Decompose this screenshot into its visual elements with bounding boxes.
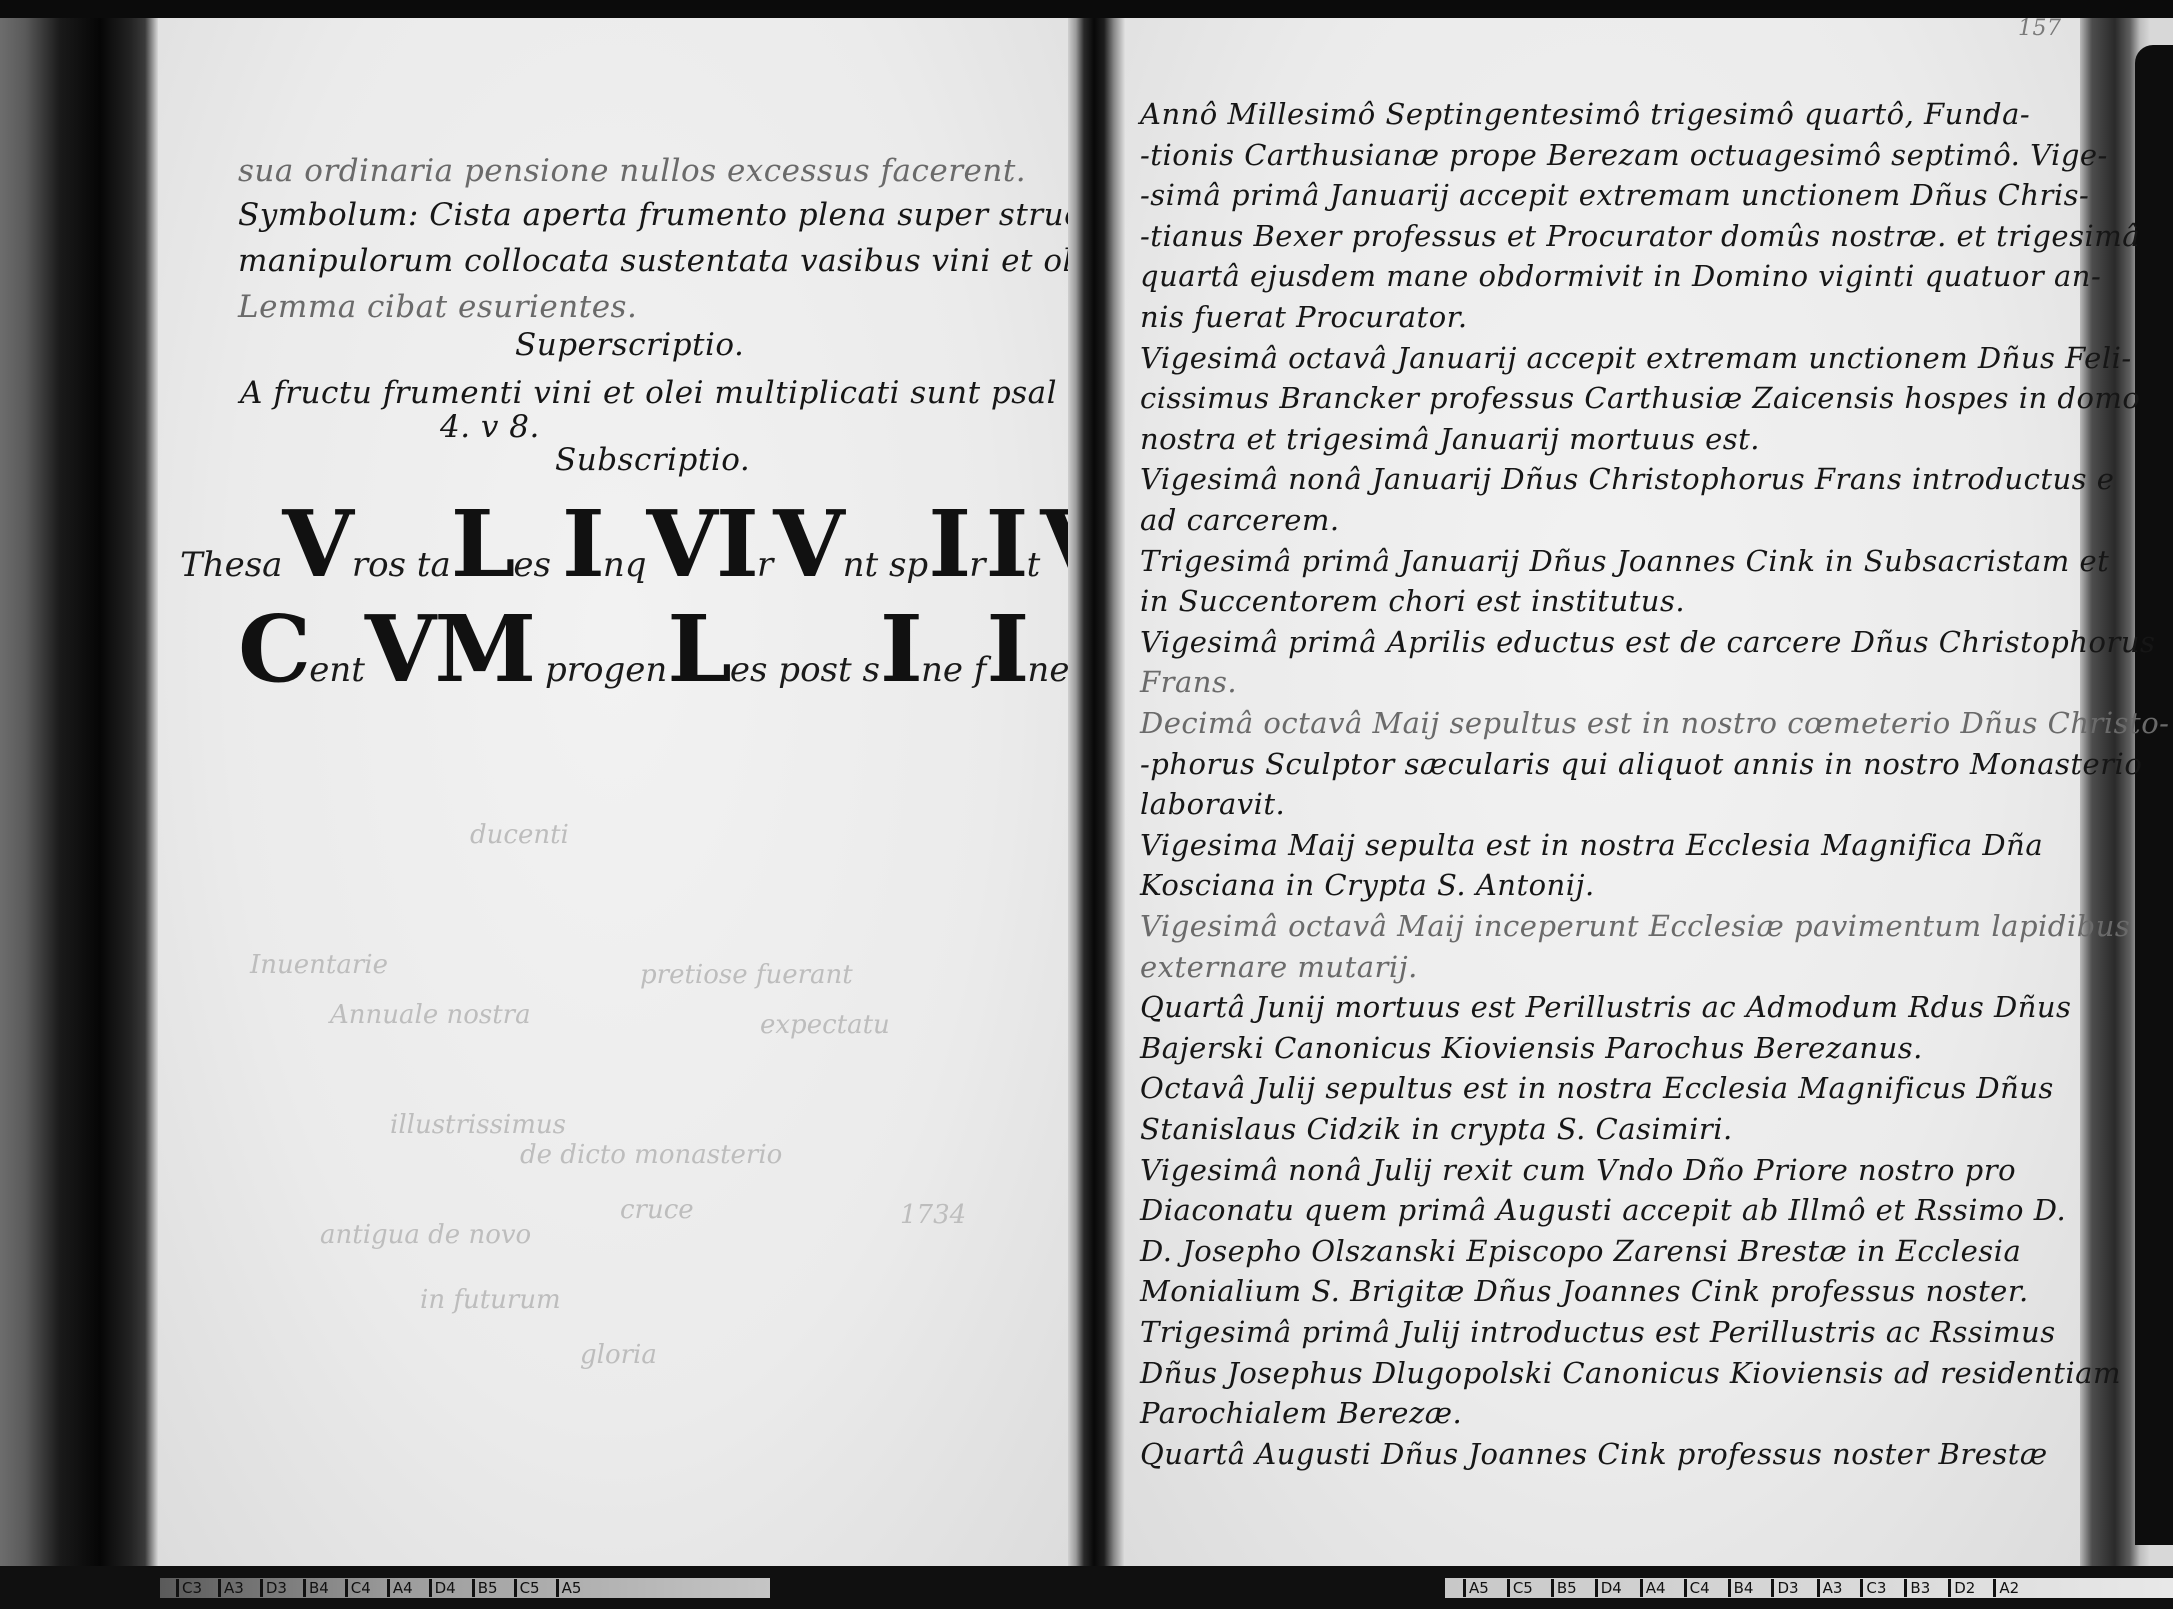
right-line-18: laboravit. <box>1140 790 1285 819</box>
chronogram-text: ros ta <box>352 545 451 585</box>
folio-number: 157 <box>2018 16 2062 41</box>
superscriptio-label: Superscriptio. <box>515 330 744 361</box>
left-line-3: manipulorum collocata sustentata vasibus… <box>238 246 1113 277</box>
calibration-swatch-label: A3 <box>218 1579 244 1597</box>
right-line-10: Vigesimâ nonâ Januarij Dñus Christophoru… <box>1140 465 2114 494</box>
left-line-2: Symbolum: Cista aperta frumento plena su… <box>238 200 1123 231</box>
left-binding-edge <box>0 18 160 1578</box>
calibration-swatch-label: D3 <box>1771 1579 1798 1597</box>
chronogram-text: r <box>969 545 985 585</box>
chronogram-text: t <box>1027 545 1041 585</box>
chronogram-text: nq <box>603 545 647 585</box>
calibration-swatch-label: C5 <box>514 1579 540 1597</box>
chronogram-text: Thesa <box>180 545 282 585</box>
right-line-12: Trigesimâ primâ Januarij Dñus Joannes Ci… <box>1140 547 2109 576</box>
manuscript-viewer: sua ordinaria pensione nullos excessus f… <box>0 0 2173 1609</box>
calibration-swatch-label: B5 <box>1551 1579 1577 1597</box>
chronogram-numeral: V <box>365 595 434 703</box>
chronogram-text: r <box>757 545 773 585</box>
right-line-28: Diaconatu quem primâ Augusti accepit ab … <box>1140 1196 2066 1225</box>
calibration-swatch-label: C4 <box>1684 1579 1710 1597</box>
right-line-7: Vigesimâ octavâ Januarij accepit extrema… <box>1140 344 2132 373</box>
calibration-swatch-label: B4 <box>303 1579 329 1597</box>
right-line-34: Quartâ Augusti Dñus Joannes Cink profess… <box>1140 1440 2048 1469</box>
left-line-4: Lemma cibat esurientes. <box>238 292 637 323</box>
right-line-29: D. Josepho Olszanski Episcopo Zarensi Br… <box>1140 1237 2021 1266</box>
right-line-16: Decimâ octavâ Maij sepultus est in nostr… <box>1140 709 2169 738</box>
right-line-25: Octavâ Julij sepultus est in nostra Eccl… <box>1140 1074 2054 1103</box>
left-line-1: sua ordinaria pensione nullos excessus f… <box>238 156 1026 187</box>
right-line-23: Quartâ Junij mortuus est Perillustris ac… <box>1140 993 2071 1022</box>
right-line-19: Vigesima Maij sepulta est in nostra Eccl… <box>1140 831 2043 860</box>
calibration-swatch-label: A5 <box>1463 1579 1489 1597</box>
superscriptio-text: A fructu frumenti vini et olei multiplic… <box>240 378 1057 409</box>
right-line-13: in Succentorem chori est institutus. <box>1140 587 1685 616</box>
right-line-20: Kosciana in Crypta S. Antonij. <box>1140 871 1595 900</box>
right-line-26: Stanislaus Cidzik in crypta S. Casimiri. <box>1140 1115 1733 1144</box>
calibration-swatch-label: A3 <box>1817 1579 1843 1597</box>
right-line-31: Trigesimâ primâ Julij introductus est Pe… <box>1140 1318 2056 1347</box>
calibration-swatch-label: A2 <box>1993 1579 2019 1597</box>
right-line-9: nostra et trigesimâ Januarij mortuus est… <box>1140 425 1760 454</box>
calibration-swatch-label: A4 <box>387 1579 413 1597</box>
calibration-swatch-label: B5 <box>472 1579 498 1597</box>
color-calibration-strip-left: C3A3D3B4C4A4D4B5C5A5 <box>160 1578 770 1598</box>
chronogram-numeral: I <box>562 490 603 598</box>
chronogram-numeral: I <box>928 490 969 598</box>
chronogram-numeral: VI <box>647 490 757 598</box>
chronogram-numeral: L <box>451 490 514 598</box>
calibration-swatch-label: C4 <box>345 1579 371 1597</box>
chronogram-numeral: I <box>986 595 1027 703</box>
right-line-33: Parochialem Berezæ. <box>1140 1399 1462 1428</box>
chronogram-text: ent <box>309 650 365 690</box>
calibration-swatch-label: C5 <box>1507 1579 1533 1597</box>
right-line-17: -phorus Sculptor sæcularis qui aliquot a… <box>1140 750 2142 779</box>
calibration-swatch-label: B3 <box>1904 1579 1930 1597</box>
chronogram-text: progen <box>534 650 667 690</box>
right-line-15: Frans. <box>1140 668 1237 697</box>
book-spine <box>1068 18 1125 1566</box>
right-line-11: ad carcerem. <box>1140 506 1340 535</box>
right-line-2: -tionis Carthusianæ prope Berezam octuag… <box>1140 141 2108 170</box>
calibration-swatch-label: A4 <box>1640 1579 1666 1597</box>
chronogram-text: ne f <box>921 650 986 690</box>
right-background <box>2135 45 2173 1545</box>
chronogram-text: es post s <box>730 650 880 690</box>
calibration-swatch-label: D4 <box>1595 1579 1622 1597</box>
calibration-swatch-label: D3 <box>260 1579 287 1597</box>
chronogram-numeral: V <box>282 490 351 598</box>
chronogram-numeral: V <box>773 490 842 598</box>
chronogram-numeral: C <box>238 595 309 703</box>
right-line-5: quartâ ejusdem mane obdormivit in Domino… <box>1140 262 2101 291</box>
chronogram-text: nt sp <box>843 545 929 585</box>
color-calibration-strip-right: A5C5B5D4A4C4B4D3A3C3B3D2A2 <box>1445 1578 2173 1598</box>
subscriptio-label: Subscriptio. <box>555 445 750 476</box>
right-line-8: cissimus Brancker professus Carthusiæ Za… <box>1140 384 2140 413</box>
right-line-21: Vigesimâ octavâ Maij inceperunt Ecclesiæ… <box>1140 912 2130 941</box>
right-line-32: Dñus Josephus Dlugopolski Canonicus Kiov… <box>1140 1359 2121 1388</box>
right-line-4: -tianus Bexer professus et Procurator do… <box>1140 222 2140 251</box>
calibration-swatch-label: A5 <box>556 1579 582 1597</box>
chronogram-numeral: M <box>434 595 534 703</box>
right-line-30: Monialium S. Brigitæ Dñus Joannes Cink p… <box>1140 1277 2029 1306</box>
psalm-reference: 4. v 8. <box>440 412 540 443</box>
right-line-3: -simâ primâ Januarij accepit extremam un… <box>1140 181 2089 210</box>
chronogram-text: es <box>513 545 561 585</box>
chronogram-numeral: L <box>667 595 730 703</box>
chronogram-numeral: I <box>986 490 1027 598</box>
calibration-swatch-label: D4 <box>429 1579 456 1597</box>
calibration-swatch-label: C3 <box>176 1579 202 1597</box>
right-line-24: Bajerski Canonicus Kioviensis Parochus B… <box>1140 1034 1923 1063</box>
calibration-swatch-label: D2 <box>1948 1579 1975 1597</box>
calibration-swatch-label: B4 <box>1728 1579 1754 1597</box>
right-line-14: Vigesimâ primâ Aprilis eductus est de ca… <box>1140 628 2155 657</box>
right-line-22: externare mutarij. <box>1140 953 1418 982</box>
calibration-swatch-label: C3 <box>1860 1579 1886 1597</box>
right-line-27: Vigesimâ nonâ Julij rexit cum Vndo Dño P… <box>1140 1156 2016 1185</box>
chronogram-numeral: I <box>880 595 921 703</box>
right-line-6: nis fuerat Procurator. <box>1140 303 1468 332</box>
right-line-1: Annô Millesimô Septingentesimô trigesimô… <box>1140 100 2030 129</box>
scan-top-border <box>0 0 2173 20</box>
